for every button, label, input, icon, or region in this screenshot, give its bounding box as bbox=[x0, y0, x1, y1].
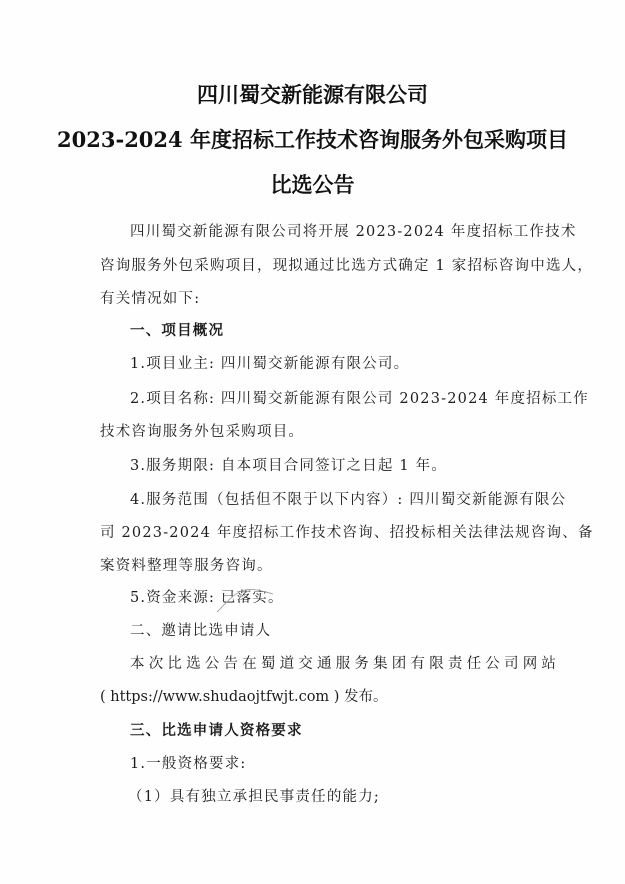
section2-line-2: ( https://www.shudaojtfwjt.com ) 发布。 bbox=[100, 686, 388, 708]
intro-line-2: 咨询服务外包采购项目，现拟通过比选方式确定 1 家招标咨询中选人， bbox=[100, 255, 593, 277]
section1-item-5: 5.资金来源: 已落实。 bbox=[130, 587, 284, 609]
title-announcement: 比选公告 bbox=[0, 171, 625, 199]
section1-item-4-line-2: 司 2023-2024 年度招标工作技术咨询、招投标相关法律法规咨询、备 bbox=[100, 522, 594, 544]
section1-item-2-line-2: 技术咨询服务外包采购项目。 bbox=[100, 421, 304, 443]
title-project: 2023-2024 年度招标工作技术咨询服务外包采购项目 bbox=[0, 126, 625, 154]
section1-item-4-line-3: 案资料整理等服务咨询。 bbox=[100, 555, 273, 577]
section1-item-3: 3.服务期限: 自本项目合同签订之日起 1 年。 bbox=[130, 455, 447, 477]
intro-line-3: 有关情况如下: bbox=[100, 288, 200, 310]
section2-heading: 二、邀请比选申请人 bbox=[130, 620, 271, 642]
section1-item-4-line-1: 4.服务范围（包括但不限于以下内容）: 四川蜀交新能源有限公 bbox=[130, 489, 566, 511]
section1-heading: 一、项目概况 bbox=[130, 320, 224, 342]
title-company: 四川蜀交新能源有限公司 bbox=[0, 81, 625, 109]
document-page: 四川蜀交新能源有限公司 2023-2024 年度招标工作技术咨询服务外包采购项目… bbox=[0, 0, 625, 884]
section3-item-1: 1.一般资格要求: bbox=[130, 753, 247, 775]
section2-line-1: 本次比选公告在蜀道交通服务集团有限责任公司网站 bbox=[130, 653, 560, 675]
section3-heading: 三、比选申请人资格要求 bbox=[130, 720, 303, 742]
intro-line-1: 四川蜀交新能源有限公司将开展 2023-2024 年度招标工作技术 bbox=[130, 221, 577, 243]
section3-sub-1: （1）具有独立承担民事责任的能力; bbox=[128, 786, 380, 808]
section1-item-2-line-1: 2.项目名称: 四川蜀交新能源有限公司 2023-2024 年度招标工作 bbox=[130, 388, 589, 410]
section1-item-1: 1.项目业主: 四川蜀交新能源有限公司。 bbox=[130, 353, 409, 375]
